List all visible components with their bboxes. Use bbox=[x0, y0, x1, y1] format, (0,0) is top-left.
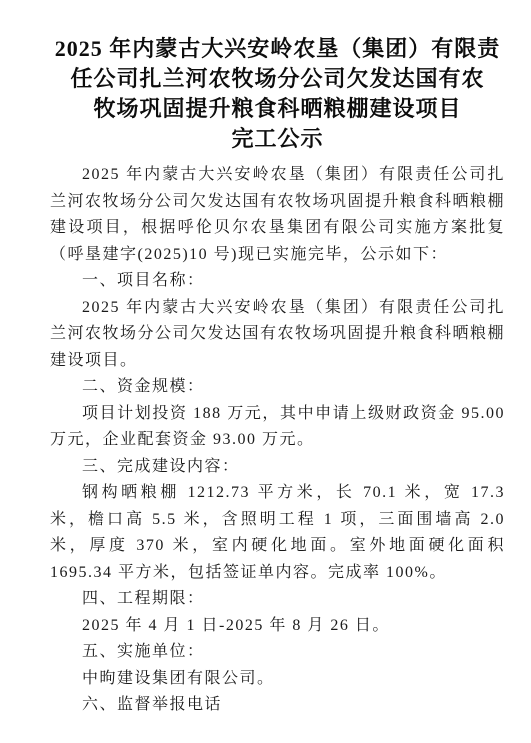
document-title-line-3: 牧场巩固提升粮食科晒粮棚建设项目 bbox=[50, 94, 505, 124]
paragraph-project-name: 2025 年内蒙古大兴安岭农垦（集团）有限责任公司扎兰河农牧场分公司欠发达国有农… bbox=[50, 295, 505, 375]
paragraph-completed-construction: 钢构晒粮棚 1212.73 平方米，长 70.1 米，宽 17.3 米，檐口高 … bbox=[50, 480, 505, 586]
heading-completed-construction: 三、完成建设内容： bbox=[50, 454, 505, 481]
document-body: 2025 年内蒙古大兴安岭农垦（集团）有限责任公司扎兰河农牧场分公司欠发达国有农… bbox=[50, 162, 505, 719]
document-page: 2025 年内蒙古大兴安岭农垦（集团）有限责 任公司扎兰河农牧场分公司欠发达国有… bbox=[0, 0, 531, 743]
heading-project-name: 一、项目名称： bbox=[50, 268, 505, 295]
paragraph-funding-scale: 项目计划投资 188 万元，其中申请上级财政资金 95.00 万元，企业配套资金… bbox=[50, 401, 505, 454]
heading-project-duration: 四、工程期限： bbox=[50, 586, 505, 613]
heading-supervision-hotline: 六、监督举报电话 bbox=[50, 692, 505, 719]
document-title-line-2: 任公司扎兰河农牧场分公司欠发达国有农 bbox=[50, 64, 505, 94]
heading-funding-scale: 二、资金规模： bbox=[50, 374, 505, 401]
document-title: 2025 年内蒙古大兴安岭农垦（集团）有限责 任公司扎兰河农牧场分公司欠发达国有… bbox=[50, 34, 505, 154]
heading-implementing-unit: 五、实施单位： bbox=[50, 639, 505, 666]
document-title-line-1: 2025 年内蒙古大兴安岭农垦（集团）有限责 bbox=[50, 34, 505, 64]
paragraph-project-duration: 2025 年 4 月 1 日-2025 年 8 月 26 日。 bbox=[50, 613, 505, 640]
paragraph-intro: 2025 年内蒙古大兴安岭农垦（集团）有限责任公司扎兰河农牧场分公司欠发达国有农… bbox=[50, 162, 505, 268]
paragraph-implementing-unit: 中昫建设集团有限公司。 bbox=[50, 666, 505, 693]
document-title-line-4: 完工公示 bbox=[50, 124, 505, 154]
